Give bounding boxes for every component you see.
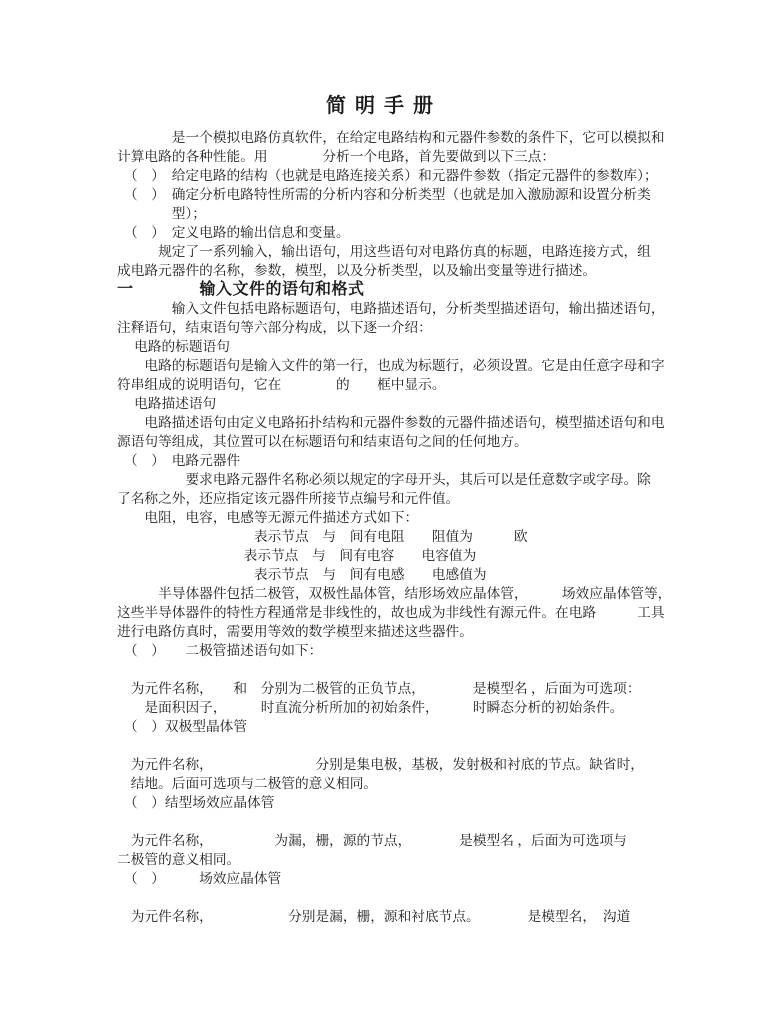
doc-line: （ ） 场效应晶体管 (117, 869, 738, 888)
doc-line: （ ） 二极管描述语句如下： (117, 641, 738, 660)
doc-line: 注释语句，结束语句等六部分构成，以下逐一介绍： (117, 318, 738, 337)
doc-line: （ ）双极型晶体管 (117, 717, 738, 736)
doc-line: 结地。后面可选项与二极管的意义相同。 (117, 774, 738, 793)
doc-line: 为元件名称， 分别是集电极，基极，发射极和衬底的节点。缺省时， (117, 755, 738, 774)
doc-blank-line (117, 660, 738, 679)
doc-line: 电路描述语句由定义电路拓扑结构和元器件参数的元器件描述语句，模型描述语句和电 (117, 413, 738, 432)
doc-line: （ ）结型场效应晶体管 (117, 793, 738, 812)
doc-line: 是一个模拟电路仿真软件，在给定电路结构和元器件参数的条件下，它可以模拟和 (117, 128, 738, 147)
doc-line: 表示节点 与 间有电感 电感值为 (117, 565, 738, 584)
doc-line: 源语句等组成，其位置可以在标题语句和结束语句之间的任何地方。 (117, 432, 738, 451)
doc-line: 表示节点 与 间有电阻 阻值为 欧 (117, 527, 738, 546)
doc-line: 为元件名称， 分别是漏，栅，源和衬底节点。 是模型名， 沟道 (117, 907, 738, 926)
doc-line: 进行电路仿真时，需要用等效的数学模型来描述这些器件。 (117, 622, 738, 641)
doc-line: 是面积因子， 时直流分析所加的初始条件， 时瞬态分析的初始条件。 (117, 698, 738, 717)
doc-blank-line (117, 736, 738, 755)
doc-body: 是一个模拟电路仿真软件，在给定电路结构和元器件参数的条件下，它可以模拟和 计算电… (0, 128, 768, 926)
doc-subheading: 电路的标题语句 (117, 337, 738, 356)
doc-title: 简明手册 (0, 93, 768, 120)
doc-blank-line (117, 812, 738, 831)
doc-line: 半导体器件包括二极管，双极性晶体管，结形场效应晶体管， 场效应晶体管等， (117, 584, 738, 603)
doc-subheading: 电路描述语句 (117, 394, 738, 413)
doc-line: 型）； (117, 204, 738, 223)
doc-line: （ ） 给定电路的结构（也就是电路连接关系）和元器件参数（指定元器件的参数库）； (117, 166, 738, 185)
doc-line: 电阻，电容，电感等无源元件描述方式如下： (117, 508, 738, 527)
doc-line: 这些半导体器件的特性方程通常是非线性的，故也成为非线性有源元件。在电路 工具 (117, 603, 738, 622)
doc-line: 符串组成的说明语句，它在 的 框中显示。 (117, 375, 738, 394)
doc-line: 要求电路元器件名称必须以规定的字母开头，其后可以是任意数字或字母。除 (117, 470, 738, 489)
doc-line: 了名称之外，还应指定该元器件所接节点编号和元件值。 (117, 489, 738, 508)
section-heading: 一 输入文件的语句和格式 (117, 280, 738, 299)
doc-line: （ ） 电路元器件 (117, 451, 738, 470)
doc-line: 规定了一系列输入，输出语句，用这些语句对电路仿真的标题，电路连接方式，组 (117, 242, 738, 261)
doc-line: 成电路元器件的名称，参数，模型，以及分析类型，以及输出变量等进行描述。 (117, 261, 738, 280)
doc-line: 二极管的意义相同。 (117, 850, 738, 869)
doc-line: （ ） 确定分析电路特性所需的分析内容和分析类型（也就是加入激励源和设置分析类 (117, 185, 738, 204)
doc-line: 为元件名称， 和 分别为二极管的正负节点， 是模型名 ，后面为可选项： (117, 679, 738, 698)
doc-line: （ ） 定义电路的输出信息和变量。 (117, 223, 738, 242)
doc-line: 表示节点 与 间有电容 电容值为 (117, 546, 738, 565)
doc-line: 计算电路的各种性能。用 分析一个电路，首先要做到以下三点： (117, 147, 738, 166)
doc-line: 输入文件包括电路标题语句，电路描述语句，分析类型描述语句，输出描述语句， (117, 299, 738, 318)
document-page: 简明手册 是一个模拟电路仿真软件，在给定电路结构和元器件参数的条件下，它可以模拟… (0, 0, 768, 1024)
doc-line: 为元件名称， 为漏，栅，源的节点， 是模型名 ，后面为可选项与 (117, 831, 738, 850)
doc-blank-line (117, 888, 738, 907)
doc-line: 电路的标题语句是输入文件的第一行，也成为标题行，必须设置。它是由任意字母和字 (117, 356, 738, 375)
